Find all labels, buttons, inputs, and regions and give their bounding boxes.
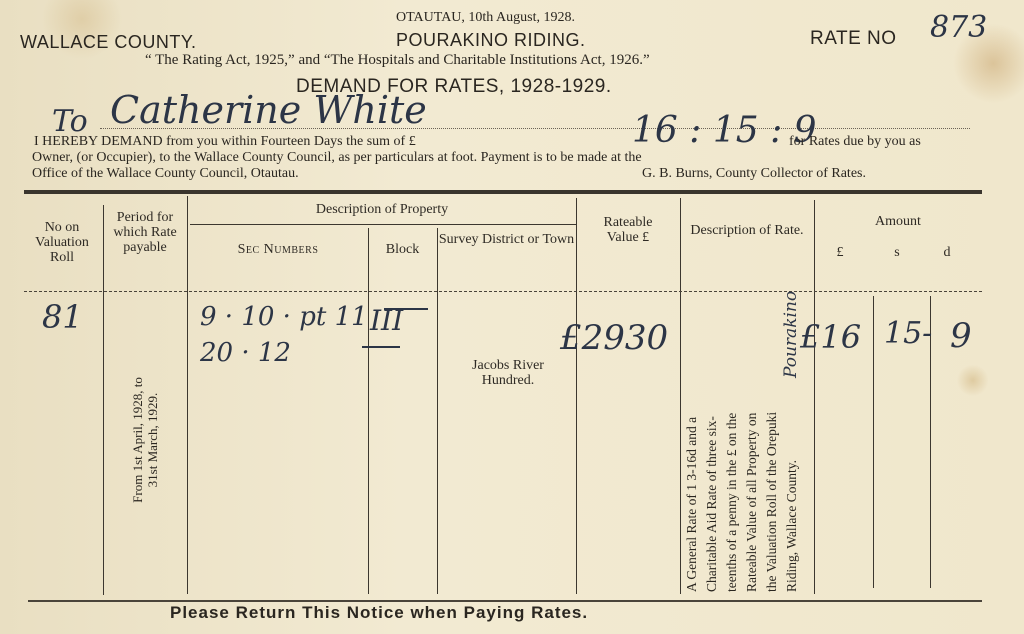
header-description-of-rate: Description of Rate. — [690, 223, 804, 238]
block-overline — [384, 308, 428, 310]
return-notice: Please Return This Notice when Paying Ra… — [170, 603, 588, 623]
header-period: Period for which Rate payable — [104, 210, 186, 255]
cell-period: From 1st April, 1928, to 31st March, 192… — [130, 335, 160, 545]
cell-sec-line-2: 20 · 12 — [200, 338, 291, 368]
block-underline — [362, 346, 400, 348]
collector-signature: G. B. Burns, County Collector of Rates. — [642, 166, 866, 181]
demand-line-3: Office of the Wallace County Council, Ot… — [32, 166, 299, 181]
demand-line-1: I HEREBY DEMAND from you within Fourteen… — [34, 134, 416, 149]
header-amount: Amount — [814, 214, 982, 229]
header-block: Block — [368, 242, 437, 257]
header-bottom-rule — [24, 291, 982, 292]
addressee-dotted-line — [100, 128, 970, 129]
header-rateable-value: Rateable Value £ — [588, 215, 668, 245]
rate-no-label: RATE NO — [810, 28, 897, 50]
addressee-name: Catherine White — [110, 88, 427, 132]
rate-no-value: 873 — [930, 10, 987, 45]
rate-desc-line: A General Rate of 1 3-16d and a — [682, 292, 702, 592]
rate-desc-line: Rateable Value of all Property on — [742, 292, 762, 592]
cell-amount-shillings: 15- — [884, 316, 932, 351]
rate-desc-line: Charitable Aid Rate of three six- — [702, 292, 722, 592]
header-sec-numbers: Sec Numbers — [188, 242, 368, 257]
header-survey-district: Survey District or Town — [437, 232, 576, 247]
header-shillings: s — [882, 245, 912, 260]
column-divider — [576, 198, 577, 594]
column-divider — [873, 296, 874, 588]
county-name: WALLACE COUNTY. — [20, 32, 197, 53]
header-pence: d — [932, 245, 962, 260]
column-divider — [437, 228, 438, 594]
column-divider — [814, 200, 815, 594]
survey-line-1: Jacobs River — [447, 358, 569, 373]
cell-sec-line-1: 9 · 10 · pt 11 — [200, 302, 368, 332]
rate-description-annotation: Pourakino — [784, 291, 799, 378]
header-description-of-property: Description of Property — [188, 202, 576, 217]
period-line-1: From 1st April, 1928, to — [130, 335, 145, 545]
cell-amount-pounds: £16 — [800, 318, 861, 356]
cell-valuation-roll: 81 — [42, 298, 83, 336]
property-header-rule — [190, 224, 576, 225]
heavy-divider — [24, 190, 982, 194]
demand-line-2: Owner, (or Occupier), to the Wallace Cou… — [32, 150, 642, 165]
bottom-rule — [28, 600, 982, 602]
column-divider — [103, 205, 104, 595]
acts-reference: “ The Rating Act, 1925,” and “The Hospit… — [145, 52, 650, 69]
cell-amount-pence: 9 — [950, 316, 972, 356]
header-pounds: £ — [825, 245, 855, 260]
column-divider — [680, 198, 681, 594]
rate-desc-line: the Valuation Roll of the Orepuki — [762, 292, 782, 592]
demand-line-1-end: for Rates due by you as — [789, 134, 921, 149]
cell-rateable-value: £2930 — [560, 318, 668, 358]
header-valuation-roll: No on Valuation Roll — [22, 220, 102, 265]
column-divider — [368, 228, 369, 594]
period-line-2: 31st March, 1929. — [145, 335, 160, 545]
place-date: OTAUTAU, 10th August, 1928. — [396, 10, 575, 26]
cell-survey-district: Jacobs River Hundred. — [447, 358, 569, 388]
riding-name: POURAKINO RIDING. — [396, 30, 586, 51]
rate-desc-line: teenths of a penny in the £ on the — [722, 292, 742, 592]
survey-line-2: Hundred. — [447, 373, 569, 388]
